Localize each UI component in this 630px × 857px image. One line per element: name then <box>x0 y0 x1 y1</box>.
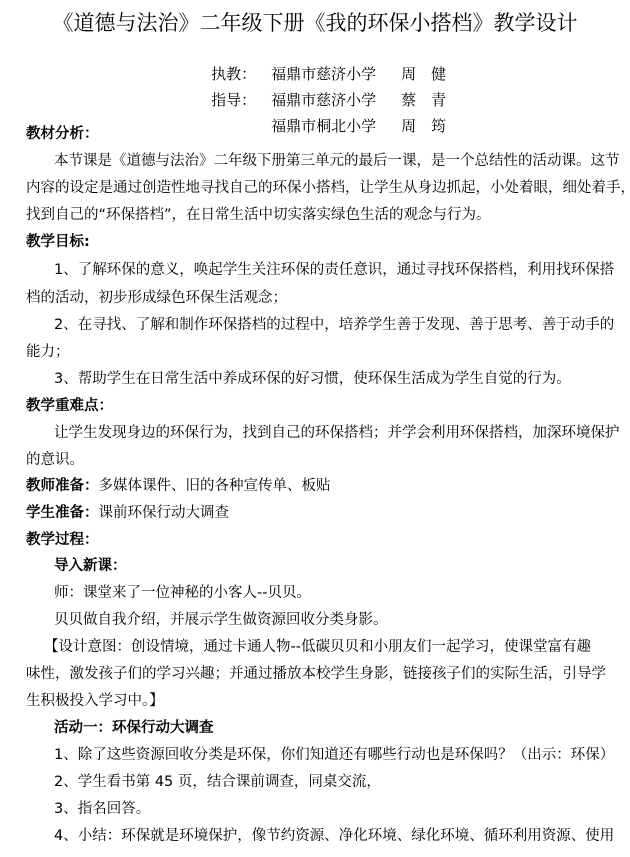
goal-line-5: 3、帮助学生在日常生活中养成环保的好习惯，使环保生活成为学生自觉的行为。 <box>54 369 630 389</box>
intro-design-line-1: 【设计意图：创设情境，通过卡通人物--低碳贝贝和小朋友们一起学习，使课堂富有趣 <box>44 637 624 657</box>
analysis-line-1: 本节课是《道德与法治》二年级下册第三单元的最后一课，是一个总结性的活动课。这节 <box>54 151 630 171</box>
subheading-activity-1: 活动一：环保行动大调查 <box>54 718 630 738</box>
intro-design-line-3: 生积极投入学习中。】 <box>26 691 606 711</box>
section-heading-process: 教学过程： <box>26 530 606 550</box>
student-prep-text: 课前环保行动大调查 <box>99 505 230 521</box>
activity1-line-1: 1、除了这些资源回收分类是环保，你们知道还有哪些行动也是环保吗？（出示：环保） <box>54 745 630 765</box>
intro-line-2: 贝贝做自我介绍，并展示学生做资源回收分类身影。 <box>54 610 630 630</box>
goal-line-3: 2、在寻找、了解和制作环保搭档的过程中，培养学生善于发现、善于思考、善于动手的 <box>54 315 630 335</box>
goal-line-1: 1、了解环保的意义，唤起学生关注环保的责任意识，通过寻找环保搭档，利用找环保搭 <box>54 260 630 280</box>
teacher-prep-heading: 教师准备： <box>26 478 99 494</box>
activity1-line-2: 2、学生看书第 45 页，结合课前调查，同桌交流， <box>54 772 630 792</box>
activity1-line-4: 4、小结：环保就是环境保护，像节约资源、净化环境、绿化环境、循环利用资源、使用 <box>54 826 630 846</box>
student-prep-heading: 学生准备： <box>26 505 99 521</box>
subheading-intro: 导入新课： <box>54 556 630 576</box>
analysis-line-3: 找到自己的“环保搭档”，在日常生活中切实落实绿色生活的观念与行为。 <box>26 205 606 225</box>
goal-line-2: 档的活动，初步形成绿色环保生活观念； <box>26 288 606 308</box>
section-heading-key-points: 教学重难点： <box>26 396 606 416</box>
intro-line-1: 师：课堂来了一位神秘的小客人--贝贝。 <box>54 583 630 603</box>
intro-design-line-2: 味性，激发孩子们的学习兴趣；并通过播放本校学生身影，链接孩子们的实际生活，引导学 <box>26 664 606 684</box>
student-prep: 学生准备：课前环保行动大调查 <box>26 503 606 523</box>
key-points-line-2: 的意识。 <box>26 450 606 470</box>
teacher-prep-text: 多媒体课件、旧的各种宣传单、板贴 <box>99 478 331 494</box>
analysis-line-2: 内容的设定是通过创造性地寻找自己的环保小搭档，让学生从身边抓起，小处着眼，细处着… <box>26 178 606 198</box>
goal-line-4: 能力； <box>26 342 606 362</box>
section-heading-analysis: 教材分析： <box>26 124 606 144</box>
activity1-line-3: 3、指名回答。 <box>54 799 630 819</box>
key-points-line-1: 让学生发现身边的环保行为，找到自己的环保搭档；并学会利用环保搭档，加深环境保护 <box>54 423 630 443</box>
section-heading-goals: 教学目标: <box>26 232 606 252</box>
document-page: 《道德与法治》二年级下册《我的环保小搭档》教学设计 执教：福鼎市慈济小学周健 指… <box>0 0 630 857</box>
document-title: 《道德与法治》二年级下册《我的环保小搭档》教学设计 <box>0 8 630 38</box>
teacher-prep: 教师准备：多媒体课件、旧的各种宣传单、板贴 <box>26 476 606 496</box>
